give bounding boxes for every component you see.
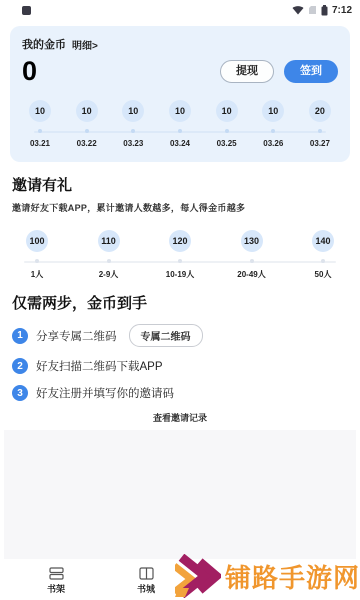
step-number-badge: 1	[12, 328, 28, 344]
tier-coin-amount: 140	[312, 230, 334, 252]
daily-reward-item[interactable]: 10 03.22	[69, 100, 105, 148]
invite-tier-item: 100 1人	[12, 230, 62, 280]
tier-coin-amount: 100	[26, 230, 48, 252]
tier-people-count: 2-9人	[99, 269, 119, 280]
reward-date: 03.25	[217, 139, 237, 148]
tab-label: 书架	[47, 582, 65, 595]
coin-amount: 20	[309, 100, 331, 122]
coin-detail-link[interactable]: 明细>	[72, 37, 98, 52]
reward-date: 03.22	[77, 139, 97, 148]
timeline-dot	[178, 259, 182, 263]
step-row: 1 分享专属二维码 专属二维码	[12, 324, 348, 347]
timeline-dot	[85, 129, 89, 133]
empty-content-panel	[4, 430, 356, 559]
app-screen: 7:12 我的金币 明细> 0 提现 签到 10 03.21	[0, 0, 360, 600]
reward-date: 03.24	[170, 139, 190, 148]
daily-reward-item[interactable]: 10 03.21	[22, 100, 58, 148]
daily-checkin-timeline: 10 03.21 10 03.22 10 03.23 10 03	[22, 100, 338, 148]
tab-label: 书城	[137, 582, 155, 595]
timeline-dot	[321, 259, 325, 263]
daily-reward-item[interactable]: 10 03.23	[115, 100, 151, 148]
invite-tier-timeline: 100 1人 110 2-9人 120 10-19人 130 2	[12, 230, 348, 280]
bottom-tab-bar: 书架 书城	[0, 562, 360, 600]
withdraw-button[interactable]: 提现	[220, 60, 274, 83]
tier-coin-amount: 110	[98, 230, 120, 252]
wallet-card: 我的金币 明细> 0 提现 签到 10 03.21 10 03.22	[10, 26, 350, 162]
step-row: 2 好友扫描二维码下载APP	[12, 358, 348, 374]
invite-tier-item: 140 50人	[298, 230, 348, 280]
invite-record-link[interactable]: 查看邀请记录	[12, 411, 348, 424]
timeline-dot	[318, 129, 322, 133]
status-bar: 7:12	[0, 0, 360, 20]
invite-title: 邀请有礼	[12, 174, 348, 195]
checkin-button[interactable]: 签到	[284, 60, 338, 83]
step-number-badge: 3	[12, 385, 28, 401]
invite-subtitle: 邀请好友下载APP，累计邀请人数越多，每人得金币越多	[12, 201, 348, 214]
timeline-dot	[131, 129, 135, 133]
timeline-dot	[35, 259, 39, 263]
daily-reward-item[interactable]: 20 03.27	[302, 100, 338, 148]
coin-amount: 10	[262, 100, 284, 122]
invite-section: 邀请有礼 邀请好友下载APP，累计邀请人数越多，每人得金币越多 100 1人 1…	[0, 162, 360, 280]
timeline-dot	[225, 129, 229, 133]
open-book-icon	[139, 567, 154, 580]
wallet-title: 我的金币	[22, 36, 66, 52]
tab-bookshelf[interactable]: 书架	[28, 567, 84, 595]
daily-reward-item[interactable]: 10 03.26	[255, 100, 291, 148]
tier-people-count: 50人	[315, 269, 332, 280]
coin-balance: 0	[22, 56, 37, 87]
coin-amount: 10	[169, 100, 191, 122]
daily-reward-item[interactable]: 10 03.24	[162, 100, 198, 148]
coin-amount: 10	[29, 100, 51, 122]
step-text: 分享专属二维码	[36, 328, 117, 344]
invite-tier-item: 130 20-49人	[227, 230, 277, 280]
step-number-badge: 2	[12, 358, 28, 374]
battery-icon	[321, 5, 328, 16]
timeline-dot	[271, 129, 275, 133]
coin-amount: 10	[216, 100, 238, 122]
reward-date: 03.27	[310, 139, 330, 148]
reward-date: 03.23	[123, 139, 143, 148]
qr-code-button[interactable]: 专属二维码	[129, 324, 203, 347]
coin-amount: 10	[122, 100, 144, 122]
tier-people-count: 20-49人	[237, 269, 265, 280]
step-text: 好友注册并填写你的邀请码	[36, 385, 174, 401]
reward-date: 03.21	[30, 139, 50, 148]
steps-section: 仅需两步，金币到手 1 分享专属二维码 专属二维码 2 好友扫描二维码下载APP…	[0, 280, 360, 424]
step-text: 好友扫描二维码下载APP	[36, 358, 163, 374]
tier-coin-amount: 130	[241, 230, 263, 252]
tab-bookstore[interactable]: 书城	[118, 567, 174, 595]
tier-people-count: 1人	[31, 269, 43, 280]
tier-coin-amount: 120	[169, 230, 191, 252]
steps-title: 仅需两步，金币到手	[12, 292, 348, 313]
clock-time: 7:12	[332, 5, 352, 16]
notification-app-icon	[22, 6, 31, 15]
no-sim-icon	[308, 5, 317, 15]
timeline-dot	[178, 129, 182, 133]
reward-date: 03.26	[263, 139, 283, 148]
timeline-dot	[107, 259, 111, 263]
daily-reward-item[interactable]: 10 03.25	[209, 100, 245, 148]
invite-tier-item: 110 2-9人	[84, 230, 134, 280]
tier-people-count: 10-19人	[166, 269, 194, 280]
timeline-dot	[250, 259, 254, 263]
coin-amount: 10	[76, 100, 98, 122]
invite-tier-item: 120 10-19人	[155, 230, 205, 280]
timeline-dot	[38, 129, 42, 133]
wifi-icon	[292, 5, 304, 15]
step-row: 3 好友注册并填写你的邀请码	[12, 385, 348, 401]
bookshelf-icon	[49, 567, 64, 580]
